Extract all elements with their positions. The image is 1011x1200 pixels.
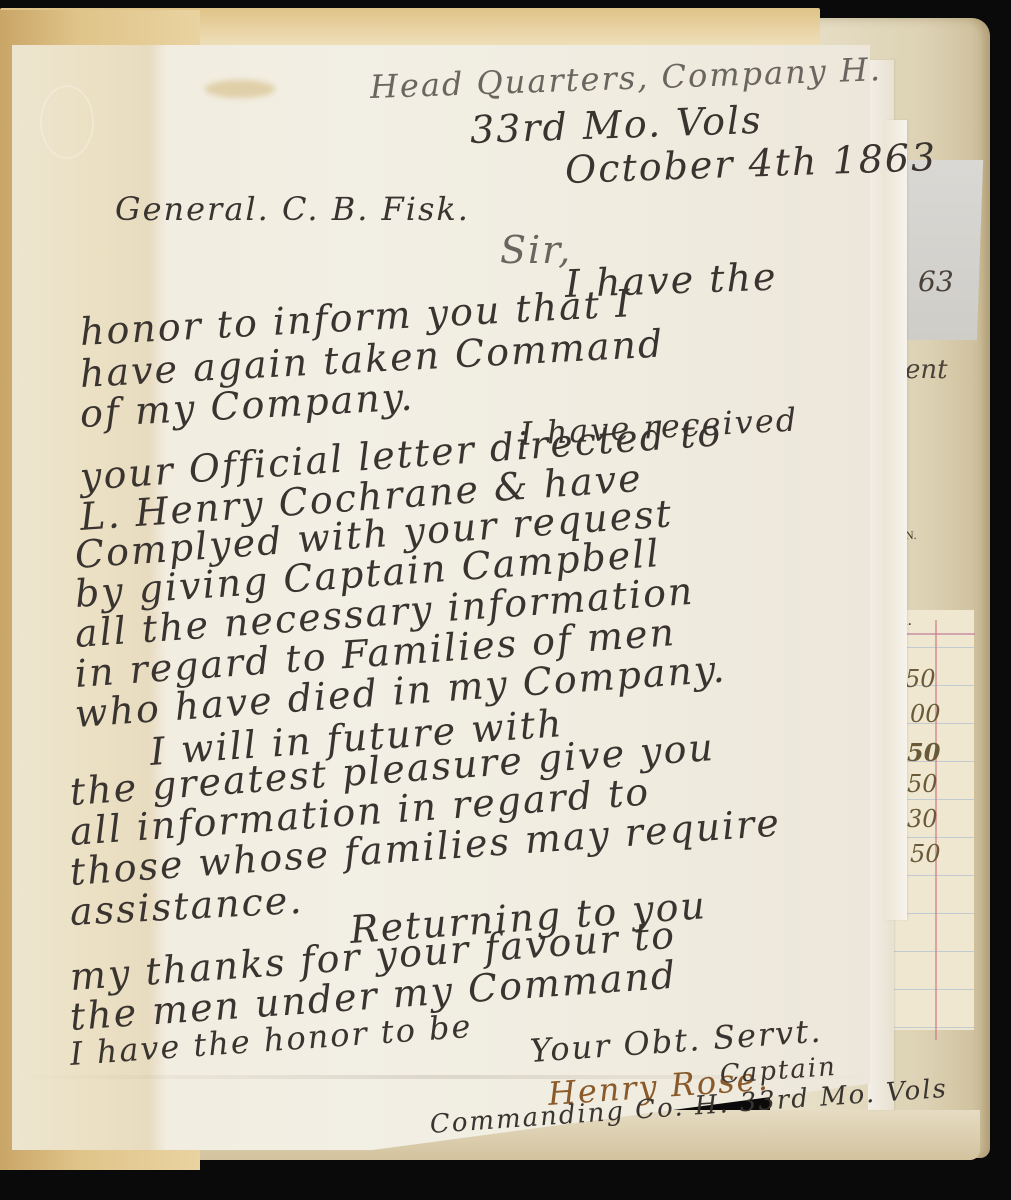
ledger-value: 30 [907,805,938,833]
gray-sheet [902,160,983,340]
gray-sheet-year-fragment: 63 [918,265,954,298]
addressee: General. C. B. Fisk. [115,190,470,228]
ledger-value: 50 [910,840,941,868]
gray-sheet-word-fragment: ent [905,355,948,385]
ledger-value: 50 [907,738,940,767]
ledger-value: 50 [905,665,936,693]
embossed-seal [40,85,94,159]
ledger-header-line [895,633,975,635]
paper-strip [885,120,907,920]
ledger-value: 00 [910,700,941,728]
greeting: Sir, [500,228,572,272]
water-stain [205,80,275,98]
ledger-value: 50 [907,770,938,798]
